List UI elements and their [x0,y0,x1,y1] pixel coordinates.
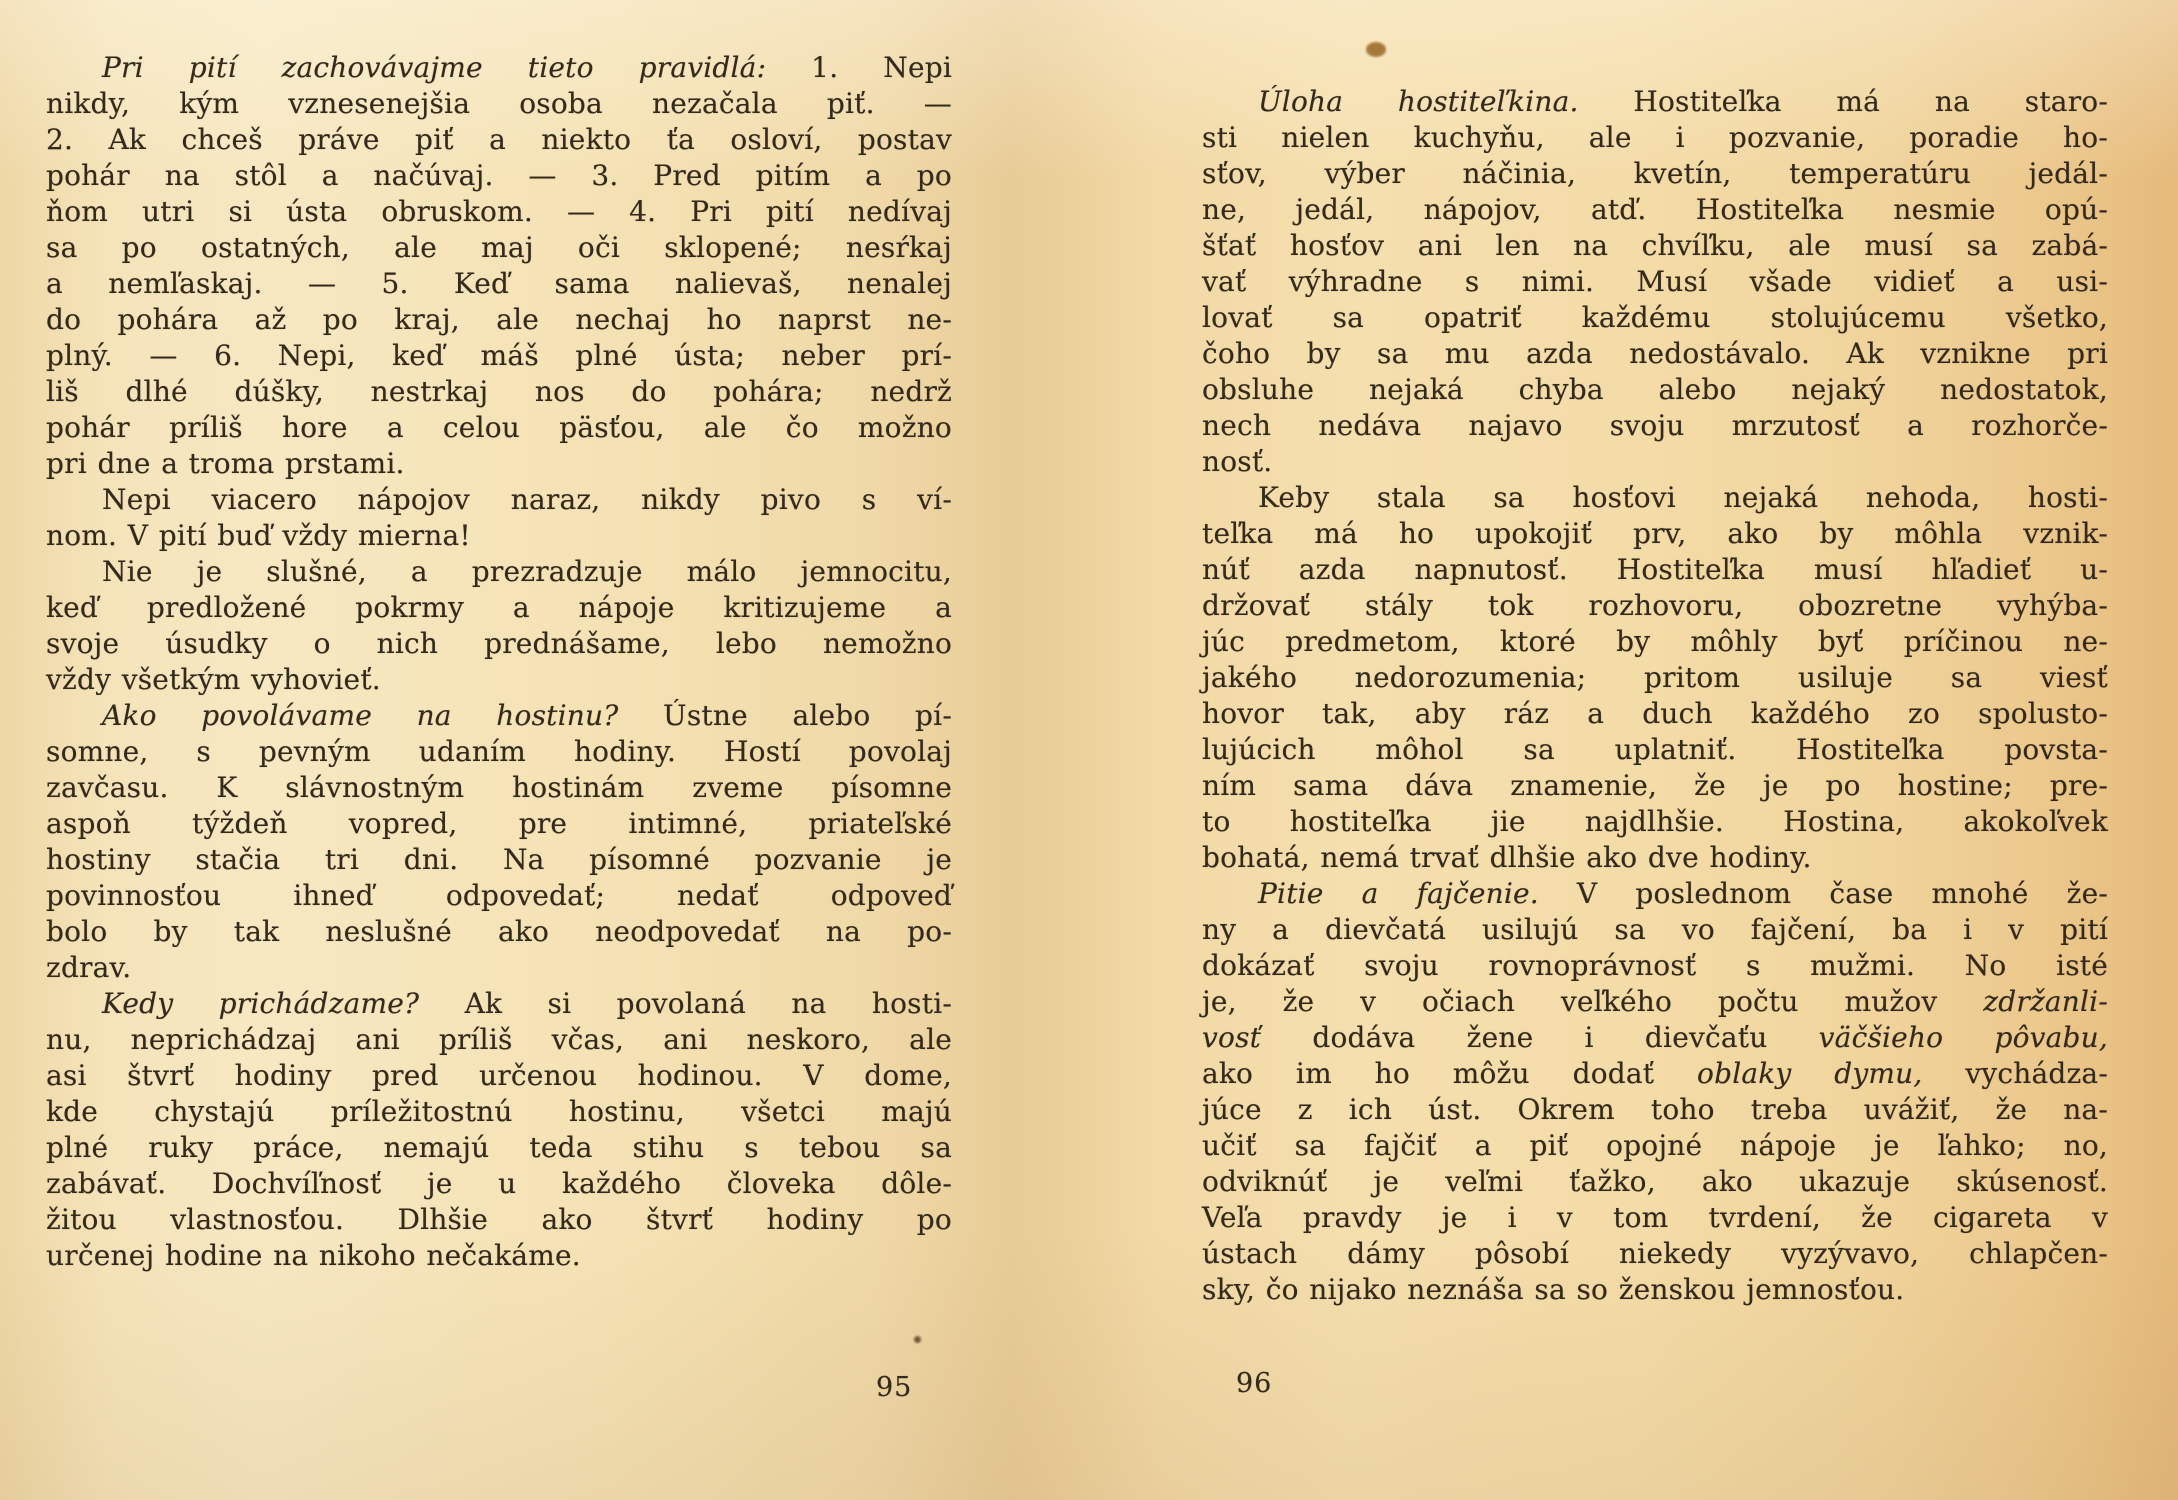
regular-text: Ústne alebo pí- [618,699,952,732]
regular-text: Nepi viacero nápojov naraz, nikdy pivo s… [102,483,952,516]
regular-text: vždy všetkým vyhovieť. [46,663,381,696]
text-line: Kedy prichádzame? Ak si povolaná na host… [46,986,952,1022]
regular-text: je, že v očiach veľkého počtu mužov [1202,985,1983,1018]
regular-text: držovať stály tok rozhovoru, obozretne v… [1202,589,2108,622]
text-line: sa po ostatných, ale maj oči sklopené; n… [46,230,952,266]
text-line: sťov, výber náčinia, kvetín, temperatúru… [1202,156,2108,192]
text-line: lujúcich môhol sa uplatniť. Hostiteľka p… [1202,732,2108,768]
regular-text: šťať hosťov ani len na chvíľku, ale musí… [1202,229,2108,262]
text-line: obsluhe nejaká chyba alebo nejaký nedost… [1202,372,2108,408]
text-line: vždy všetkým vyhovieť. [46,662,952,698]
regular-text: ním sama dáva znamenie, že je po hostine… [1202,769,2108,802]
regular-text: ako im ho môžu dodať [1202,1057,1697,1090]
ink-speck [914,1336,921,1343]
italic-text: Pitie a fajčenie. [1258,877,1539,910]
regular-text: zavčasu. K slávnostným hostinám zveme pí… [46,771,952,804]
text-line: ňom utri si ústa obruskom. — 4. Pri pití… [46,194,952,230]
text-line: učiť sa fajčiť a piť opojné nápoje je ľa… [1202,1128,2108,1164]
regular-text: jakého nedorozumenia; pritom usiluje sa … [1202,661,2108,694]
text-line: bohatá, nemá trvať dlhšie ako dve hodiny… [1202,840,2108,876]
text-line: aspoň týždeň vopred, pre intimné, priate… [46,806,952,842]
regular-text: V poslednom čase mnohé že- [1539,877,2108,910]
regular-text: dokázať svoju rovnoprávnosť s mužmi. No … [1202,949,2108,982]
page-left: Pri pití zachovávajme tieto pravidlá: 1.… [46,50,952,1274]
regular-text: sky, čo nijako neznáša sa so ženskou jem… [1202,1273,1904,1306]
text-line: odviknúť je veľmi ťažko, ako ukazuje skú… [1202,1164,2108,1200]
text-line: sky, čo nijako neznáša sa so ženskou jem… [1202,1272,2108,1308]
text-line: liš dlhé dúšky, nestrkaj nos do pohára; … [46,374,952,410]
regular-text: dodáva žene i dievčaťu [1261,1021,1819,1054]
regular-text: teľka má ho upokojiť prv, ako by môhla v… [1202,517,2108,550]
text-line: hovor tak, aby ráz a duch každého zo spo… [1202,696,2108,732]
italic-text: vosť [1202,1021,1261,1054]
text-line: júc predmetom, ktoré by môhly byť príčin… [1202,624,2108,660]
italic-text: oblaky dymu, [1697,1057,1922,1090]
text-line: sti nielen kuchyňu, ale i pozvanie, pora… [1202,120,2108,156]
text-line: nikdy, kým vznesenejšia osoba nezačala p… [46,86,952,122]
paragraph: Keby stala sa hosťovi nejaká nehoda, hos… [1202,480,2108,876]
text-line: Keby stala sa hosťovi nejaká nehoda, hos… [1202,480,2108,516]
regular-text: žitou vlastnosťou. Dlhšie ako štvrť hodi… [46,1203,952,1236]
regular-text: ne, jedál, nápojov, atď. Hostiteľka nesm… [1202,193,2108,226]
text-line: Ako povolávame na hostinu? Ústne alebo p… [46,698,952,734]
regular-text: a nemľaskaj. — 5. Keď sama nalievaš, nen… [46,267,952,300]
text-line: lovať sa opatriť každému stolujúcemu vše… [1202,300,2108,336]
italic-text: Kedy prichádzame? [102,987,419,1020]
text-line: zabávať. Dochvíľnosť je u každého človek… [46,1166,952,1202]
text-line: jakého nedorozumenia; pritom usiluje sa … [1202,660,2108,696]
regular-text: plný. — 6. Nepi, keď máš plné ústa; nebe… [46,339,952,372]
regular-text: ňom utri si ústa obruskom. — 4. Pri pití… [46,195,952,228]
regular-text: somne, s pevným udaním hodiny. Hostí pov… [46,735,952,768]
regular-text: Ak si povolaná na hosti- [419,987,952,1020]
regular-text: nikdy, kým vznesenejšia osoba nezačala p… [46,87,952,120]
regular-text: hovor tak, aby ráz a duch každého zo spo… [1202,697,2108,730]
text-line: plný. — 6. Nepi, keď máš plné ústa; nebe… [46,338,952,374]
text-line: ním sama dáva znamenie, že je po hostine… [1202,768,2108,804]
page-right: Úloha hostiteľkina. Hostiteľka má na sta… [1202,84,2108,1308]
regular-text: plné ruky práce, nemajú teda stihu s teb… [46,1131,952,1164]
regular-text: vať výhradne s nimi. Musí všade vidieť a… [1202,265,2108,298]
text-line: nom. V pití buď vždy mierna! [46,518,952,554]
text-line: a nemľaskaj. — 5. Keď sama nalievaš, nen… [46,266,952,302]
regular-text: Nie je slušné, a prezradzuje málo jemnoc… [102,555,952,588]
text-line: pri dne a troma prstami. [46,446,952,482]
regular-text: nu, neprichádzaj ani príliš včas, ani ne… [46,1023,952,1056]
regular-text: sa po ostatných, ale maj oči sklopené; n… [46,231,952,264]
text-line: Pitie a fajčenie. V poslednom čase mnohé… [1202,876,2108,912]
regular-text: Keby stala sa hosťovi nejaká nehoda, hos… [1258,481,2108,514]
regular-text: júce z ich úst. Okrem toho treba uvážiť,… [1202,1093,2108,1126]
text-line: ne, jedál, nápojov, atď. Hostiteľka nesm… [1202,192,2108,228]
regular-text: bolo by tak neslušné ako neodpovedať na … [46,915,952,948]
regular-text: Hostiteľka má na staro- [1579,85,2108,118]
text-line: keď predložené pokrmy a nápoje kritizuje… [46,590,952,626]
text-line: do pohára až po kraj, ale nechaj ho napr… [46,302,952,338]
text-line: Úloha hostiteľkina. Hostiteľka má na sta… [1202,84,2108,120]
text-line: hostiny stačia tri dni. Na písomné pozva… [46,842,952,878]
text-line: nech nedáva najavo svoju mrzutosť a rozh… [1202,408,2108,444]
regular-text: 2. Ak chceš práve piť a niekto ťa osloví… [46,123,952,156]
regular-text: aspoň týždeň vopred, pre intimné, priate… [46,807,952,840]
paragraph: Úloha hostiteľkina. Hostiteľka má na sta… [1202,84,2108,480]
regular-text: pohár na stôl a načúvaj. — 3. Pred pitím… [46,159,952,192]
text-line: nosť. [1202,444,2108,480]
text-line: svoje úsudky o nich prednášame, lebo nem… [46,626,952,662]
regular-text: obsluhe nejaká chyba alebo nejaký nedost… [1202,373,2108,406]
paragraph: Pitie a fajčenie. V poslednom čase mnohé… [1202,876,2108,1308]
text-line: plné ruky práce, nemajú teda stihu s teb… [46,1130,952,1166]
regular-text: povinnosťou ihneď odpovedať; nedať odpov… [46,879,952,912]
text-line: Pri pití zachovávajme tieto pravidlá: 1.… [46,50,952,86]
regular-text: svoje úsudky o nich prednášame, lebo nem… [46,627,952,660]
text-line: je, že v očiach veľkého počtu mužov zdrž… [1202,984,2108,1020]
text-line: šťať hosťov ani len na chvíľku, ale musí… [1202,228,2108,264]
regular-text: Veľa pravdy je i v tom tvrdení, že cigar… [1202,1201,2108,1234]
text-line: vosť dodáva žene i dievčaťu väčšieho pôv… [1202,1020,2108,1056]
text-line: 2. Ak chceš práve piť a niekto ťa osloví… [46,122,952,158]
regular-text: pri dne a troma prstami. [46,447,405,480]
regular-text: nech nedáva najavo svoju mrzutosť a rozh… [1202,409,2108,442]
regular-text: čoho by sa mu azda nedostávalo. Ak vznik… [1202,337,2108,370]
text-line: Nie je slušné, a prezradzuje málo jemnoc… [46,554,952,590]
regular-text: vychádza- [1923,1057,2109,1090]
regular-text: núť azda napnutosť. Hostiteľka musí hľad… [1202,553,2108,586]
regular-text: učiť sa fajčiť a piť opojné nápoje je ľa… [1202,1129,2108,1162]
text-line: asi štvrť hodiny pred určenou hodinou. V… [46,1058,952,1094]
regular-text: kde chystajú príležitostnú hostinu, všet… [46,1095,952,1128]
regular-text: lujúcich môhol sa uplatniť. Hostiteľka p… [1202,733,2108,766]
regular-text: sti nielen kuchyňu, ale i pozvanie, pora… [1202,121,2108,154]
paragraph: Ako povolávame na hostinu? Ústne alebo p… [46,698,952,986]
regular-text: nosť. [1202,445,1272,478]
text-line: núť azda napnutosť. Hostiteľka musí hľad… [1202,552,2108,588]
paragraph: Kedy prichádzame? Ak si povolaná na host… [46,986,952,1274]
regular-text: sťov, výber náčinia, kvetín, temperatúru… [1202,157,2108,190]
paragraph: Nie je slušné, a prezradzuje málo jemnoc… [46,554,952,698]
italic-text: Ako povolávame na hostinu? [102,699,618,732]
regular-text: 1. Nepi [766,51,952,84]
text-line: nu, neprichádzaj ani príliš včas, ani ne… [46,1022,952,1058]
regular-text: určenej hodine na nikoho nečakáme. [46,1239,581,1272]
text-line: zavčasu. K slávnostným hostinám zveme pí… [46,770,952,806]
text-line: ny a dievčatá usilujú sa vo fajčení, ba … [1202,912,2108,948]
text-line: teľka má ho upokojiť prv, ako by môhla v… [1202,516,2108,552]
text-line: júce z ich úst. Okrem toho treba uvážiť,… [1202,1092,2108,1128]
italic-text: Úloha hostiteľkina. [1258,85,1579,118]
regular-text: júc predmetom, ktoré by môhly byť príčin… [1202,625,2108,658]
regular-text: lovať sa opatriť každému stolujúcemu vše… [1202,301,2108,334]
regular-text: odviknúť je veľmi ťažko, ako ukazuje skú… [1202,1165,2108,1198]
regular-text: asi štvrť hodiny pred určenou hodinou. V… [46,1059,952,1092]
paragraph: Pri pití zachovávajme tieto pravidlá: 1.… [46,50,952,482]
regular-text: hostiny stačia tri dni. Na písomné pozva… [46,843,952,876]
book-spread: Pri pití zachovávajme tieto pravidlá: 1.… [0,0,2178,1500]
text-line: somne, s pevným udaním hodiny. Hostí pov… [46,734,952,770]
text-line: to hostiteľka jie najdlhšie. Hostina, ak… [1202,804,2108,840]
text-line: pohár príliš hore a celou päsťou, ale čo… [46,410,952,446]
regular-text: ústach dámy pôsobí niekedy vyzývavo, chl… [1202,1237,2108,1270]
text-line: ústach dámy pôsobí niekedy vyzývavo, chl… [1202,1236,2108,1272]
regular-text: pohár príliš hore a celou päsťou, ale čo… [46,411,952,444]
italic-text: väčšieho pôvabu, [1819,1021,2108,1054]
text-line: držovať stály tok rozhovoru, obozretne v… [1202,588,2108,624]
text-line: vať výhradne s nimi. Musí všade vidieť a… [1202,264,2108,300]
regular-text: zdrav. [46,951,131,984]
regular-text: liš dlhé dúšky, nestrkaj nos do pohára; … [46,375,952,408]
text-line: Veľa pravdy je i v tom tvrdení, že cigar… [1202,1200,2108,1236]
regular-text: nom. V pití buď vždy mierna! [46,519,471,552]
text-line: dokázať svoju rovnoprávnosť s mužmi. No … [1202,948,2108,984]
regular-text: ny a dievčatá usilujú sa vo fajčení, ba … [1202,913,2108,946]
text-line: kde chystajú príležitostnú hostinu, všet… [46,1094,952,1130]
regular-text: bohatá, nemá trvať dlhšie ako dve hodiny… [1202,841,1812,874]
italic-text: zdržanli- [1983,985,2108,1018]
regular-text: to hostiteľka jie najdlhšie. Hostina, ak… [1202,805,2108,838]
regular-text: do pohára až po kraj, ale nechaj ho napr… [46,303,952,336]
italic-text: Pri pití zachovávajme tieto pravidlá: [102,51,766,84]
text-line: žitou vlastnosťou. Dlhšie ako štvrť hodi… [46,1202,952,1238]
regular-text: zabávať. Dochvíľnosť je u každého človek… [46,1167,952,1200]
text-line: povinnosťou ihneď odpovedať; nedať odpov… [46,878,952,914]
text-line: určenej hodine na nikoho nečakáme. [46,1238,952,1274]
page-number-right: 96 [1236,1368,1272,1399]
text-line: zdrav. [46,950,952,986]
paper-stain [1366,42,1386,57]
regular-text: keď predložené pokrmy a nápoje kritizuje… [46,591,952,624]
text-line: čoho by sa mu azda nedostávalo. Ak vznik… [1202,336,2108,372]
paragraph: Nepi viacero nápojov naraz, nikdy pivo s… [46,482,952,554]
page-number-left: 95 [876,1372,912,1403]
text-line: ako im ho môžu dodať oblaky dymu, vychád… [1202,1056,2108,1092]
text-line: Nepi viacero nápojov naraz, nikdy pivo s… [46,482,952,518]
text-line: pohár na stôl a načúvaj. — 3. Pred pitím… [46,158,952,194]
text-line: bolo by tak neslušné ako neodpovedať na … [46,914,952,950]
